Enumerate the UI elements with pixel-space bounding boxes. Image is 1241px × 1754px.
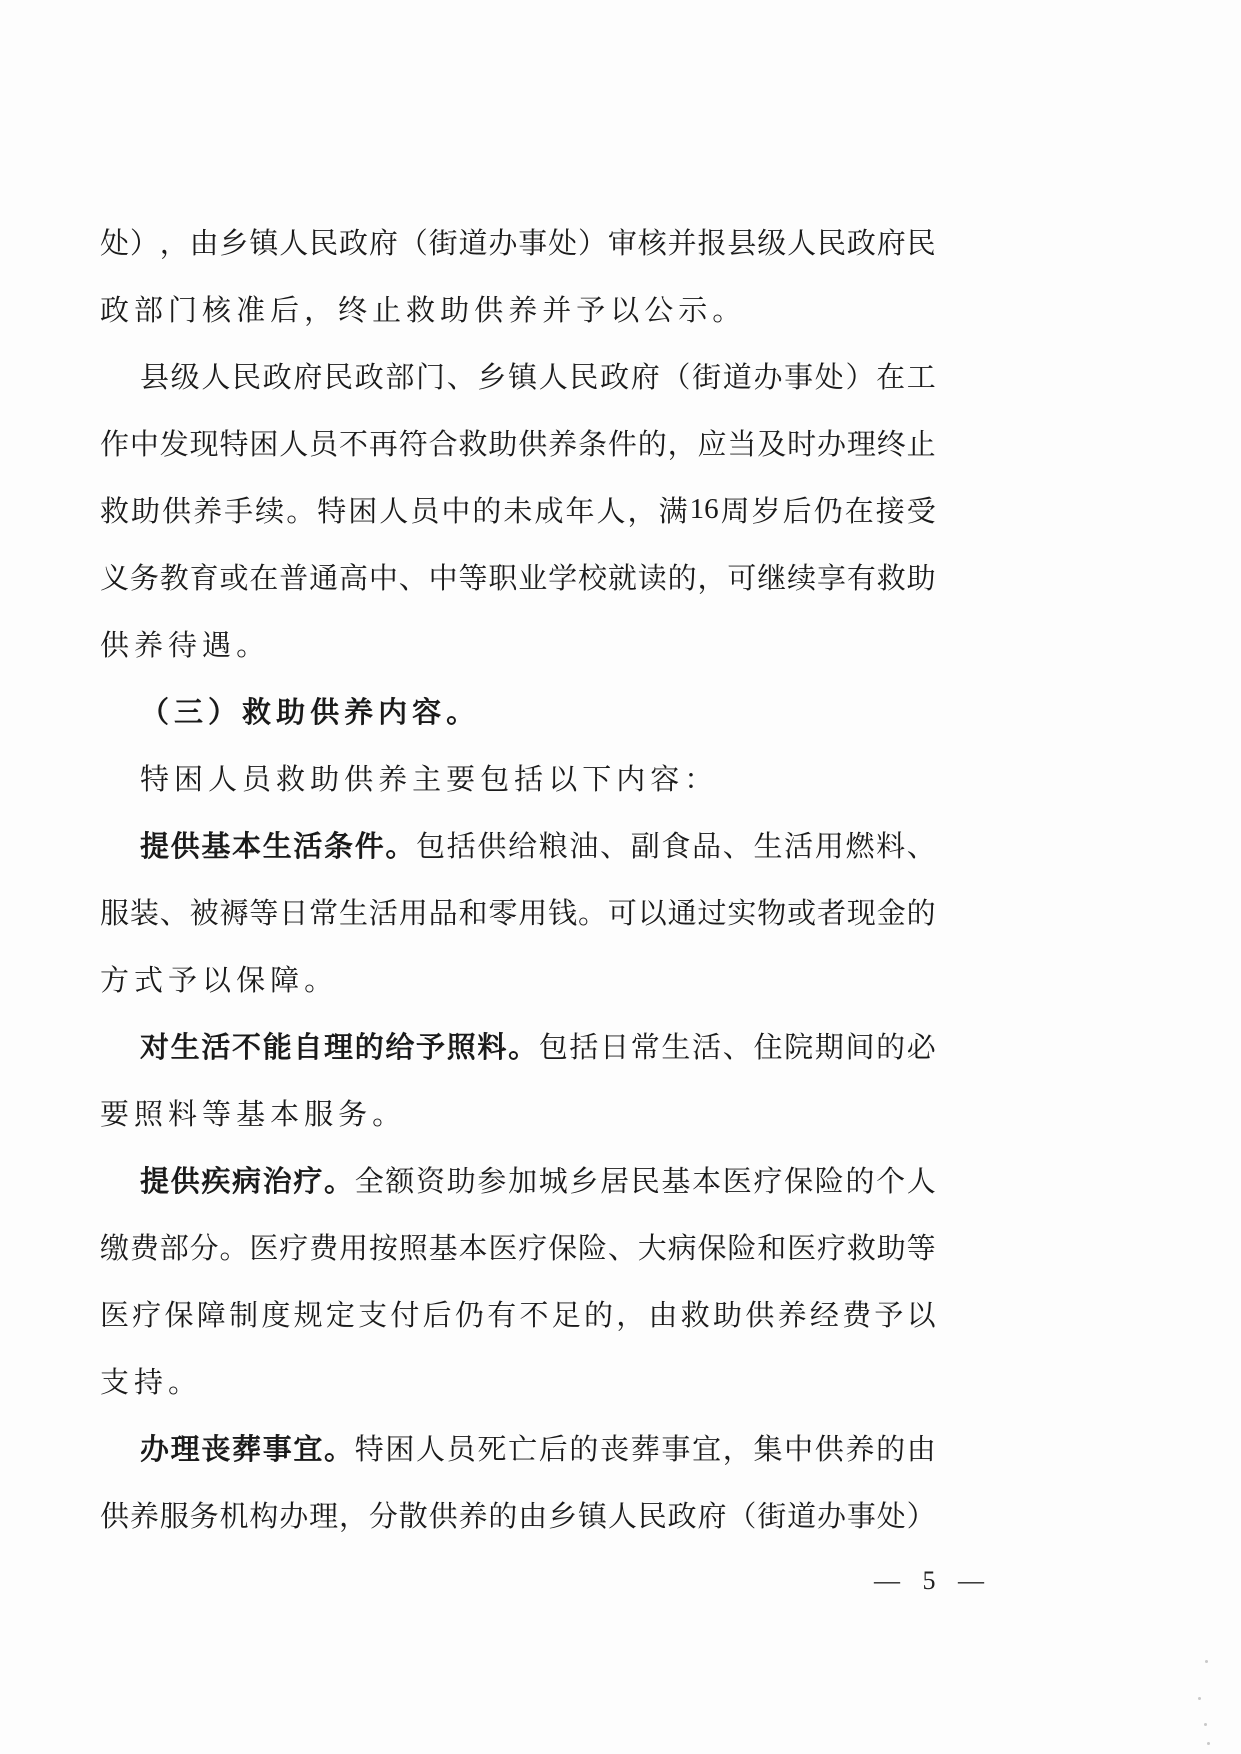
glyph: 等 xyxy=(907,1226,936,1267)
glyph: 后 xyxy=(270,288,299,329)
glyph: 基 xyxy=(201,824,230,865)
glyph: 条 xyxy=(324,824,353,865)
glyph: 普 xyxy=(279,556,308,597)
glyph: 供 xyxy=(344,757,373,798)
glyph: 额 xyxy=(385,1159,414,1200)
glyph: 疗 xyxy=(518,1226,547,1267)
glyph: 民 xyxy=(907,221,936,262)
text-line: 办理丧葬事宜。特困人员死亡后的丧葬事宜，集中供养的由 xyxy=(100,1414,936,1481)
glyph: 式 xyxy=(134,958,163,999)
glyph: 业 xyxy=(518,556,547,597)
glyph: 准 xyxy=(236,288,265,329)
glyph: 宜 xyxy=(692,1427,721,1468)
glyph: 通 xyxy=(309,556,338,597)
glyph: 生 xyxy=(263,824,292,865)
text-line: 缴费部分。医疗费用按照基本医疗保险、大病保险和医疗救助等 xyxy=(100,1213,936,1280)
glyph: 参 xyxy=(477,1159,506,1200)
glyph: 丧 xyxy=(600,1427,629,1468)
text-line: 支持。 xyxy=(100,1347,936,1414)
glyph: 政 xyxy=(847,221,876,262)
glyph: 养 xyxy=(193,489,222,530)
glyph: 本 xyxy=(692,1159,721,1200)
glyph: 构 xyxy=(249,1494,278,1535)
glyph: 等 xyxy=(202,1092,231,1133)
glyph: ： xyxy=(684,757,713,798)
glyph: ） xyxy=(130,221,159,262)
glyph: 。 xyxy=(372,1092,401,1133)
glyph: 服 xyxy=(304,1092,333,1133)
glyph: 满 xyxy=(659,489,688,530)
glyph: 日 xyxy=(600,1025,629,1066)
glyph: 物 xyxy=(757,891,786,932)
glyph: 高 xyxy=(339,556,368,597)
glyph: 本 xyxy=(459,1226,488,1267)
glyph: 。 xyxy=(508,1025,537,1066)
glyph: 门 xyxy=(416,355,445,396)
glyph: 品 xyxy=(429,891,458,932)
glyph: 。 xyxy=(236,623,265,664)
glyph: 养 xyxy=(508,288,537,329)
glyph: 有 xyxy=(847,556,876,597)
glyph: 零 xyxy=(488,891,517,932)
glyph: 办 xyxy=(140,1427,169,1468)
glyph: 不 xyxy=(232,1025,261,1066)
glyph: 府 xyxy=(293,355,322,396)
glyph: （ xyxy=(727,1494,756,1535)
text-line: 县级人民政府民政部门、乡镇人民政府（街道办事处）在工 xyxy=(100,342,936,409)
glyph: 照 xyxy=(134,1092,163,1133)
glyph: 、 xyxy=(160,891,189,932)
glyph: 政 xyxy=(100,288,129,329)
glyph: ， xyxy=(616,1293,645,1334)
glyph: ） xyxy=(845,355,874,396)
glyph: 生 xyxy=(171,1025,200,1066)
glyph: 。 xyxy=(578,891,607,932)
glyph: 供 xyxy=(310,690,339,731)
glyph: 办 xyxy=(817,422,846,463)
glyph: 给 xyxy=(508,824,537,865)
glyph: 供 xyxy=(745,1293,774,1334)
glyph: 理 xyxy=(171,1427,200,1468)
glyph: 民 xyxy=(309,221,338,262)
glyph: 未 xyxy=(503,489,532,530)
glyph: 困 xyxy=(348,489,377,530)
glyph: 活 xyxy=(293,824,322,865)
glyph: 要 xyxy=(100,1092,129,1133)
glyph: 救 xyxy=(406,288,435,329)
glyph: （ xyxy=(399,221,428,262)
glyph: 养 xyxy=(378,757,407,798)
glyph: 事 xyxy=(847,1494,876,1535)
glyph: （ xyxy=(140,690,169,731)
glyph: 府 xyxy=(631,355,660,396)
glyph: 障 xyxy=(197,1293,226,1334)
glyph: 示 xyxy=(678,288,707,329)
glyph: 周 xyxy=(721,489,750,530)
glyph: 由 xyxy=(518,1494,547,1535)
glyph: 的 xyxy=(668,556,697,597)
glyph: 宜 xyxy=(293,1427,322,1468)
glyph: 务 xyxy=(190,1494,219,1535)
glyph: 院 xyxy=(784,1025,813,1066)
glyph: 亡 xyxy=(508,1427,537,1468)
glyph: 。 xyxy=(712,288,741,329)
glyph: 人 xyxy=(379,489,408,530)
glyph: 部 xyxy=(160,1226,189,1267)
glyph: 、 xyxy=(600,824,629,865)
glyph: 供 xyxy=(162,489,191,530)
glyph: 职 xyxy=(488,556,517,597)
glyph: 间 xyxy=(845,1025,874,1066)
glyph: ） xyxy=(907,1494,936,1535)
scan-noise-speck xyxy=(1205,1660,1208,1663)
glyph: 常 xyxy=(309,891,338,932)
glyph: 特 xyxy=(220,422,249,463)
glyph: 的 xyxy=(638,422,667,463)
glyph: 。 xyxy=(324,1159,353,1200)
text-line: 方式予以保障。 xyxy=(100,945,936,1012)
glyph: 的 xyxy=(488,1494,517,1535)
glyph: 并 xyxy=(668,221,697,262)
glyph: 医 xyxy=(488,1226,517,1267)
glyph: 疗 xyxy=(279,1226,308,1267)
glyph: 险 xyxy=(578,1226,607,1267)
glyph: 政 xyxy=(600,355,629,396)
glyph: 的 xyxy=(876,1427,905,1468)
glyph: 下 xyxy=(582,757,611,798)
glyph: 持 xyxy=(134,1360,163,1401)
glyph: 定 xyxy=(326,1293,355,1334)
glyph: ， xyxy=(160,221,189,262)
glyph: 人 xyxy=(597,489,626,530)
glyph: 在 xyxy=(845,489,874,530)
glyph: 、 xyxy=(608,1226,637,1267)
glyph: 度 xyxy=(261,1293,290,1334)
glyph: 以 xyxy=(202,958,231,999)
glyph: 救 xyxy=(877,556,906,597)
glyph: 常 xyxy=(631,1025,660,1066)
glyph: 料 xyxy=(876,824,905,865)
glyph: 包 xyxy=(539,1025,568,1066)
glyph: 治 xyxy=(263,1159,292,1200)
glyph: 继 xyxy=(757,556,786,597)
glyph: 日 xyxy=(279,891,308,932)
glyph: 括 xyxy=(569,1025,598,1066)
glyph: 理 xyxy=(309,1494,338,1535)
glyph: 基 xyxy=(429,1226,458,1267)
glyph: 制 xyxy=(229,1293,258,1334)
glyph: 员 xyxy=(410,489,439,530)
glyph: 保 xyxy=(236,958,265,999)
glyph: 乡 xyxy=(220,221,249,262)
glyph: 散 xyxy=(399,1494,428,1535)
glyph: 公 xyxy=(644,288,673,329)
glyph: 供 xyxy=(100,623,129,664)
glyph: 或 xyxy=(787,891,816,932)
glyph: ， xyxy=(723,1427,752,1468)
glyph: 和 xyxy=(459,891,488,932)
glyph: 医 xyxy=(100,1293,129,1334)
glyph: 分 xyxy=(369,1494,398,1535)
glyph: 合 xyxy=(429,422,458,463)
glyph: 或 xyxy=(220,556,249,597)
glyph: 人 xyxy=(416,1427,445,1468)
glyph: 活 xyxy=(201,1025,230,1066)
glyph: 养 xyxy=(459,1494,488,1535)
glyph: 费 xyxy=(130,1226,159,1267)
glyph: 生 xyxy=(661,1025,690,1066)
glyph: 。 xyxy=(220,1226,249,1267)
glyph: 育 xyxy=(190,556,219,597)
glyph: 符 xyxy=(399,422,428,463)
glyph: 乡 xyxy=(548,1494,577,1535)
glyph: 政 xyxy=(339,221,368,262)
glyph: 民 xyxy=(638,1494,667,1535)
glyph: 续 xyxy=(255,489,284,530)
glyph: 享 xyxy=(817,556,846,597)
glyph: 人 xyxy=(787,221,816,262)
glyph: 料 xyxy=(477,1025,506,1066)
glyph: 工 xyxy=(907,355,936,396)
glyph: ， xyxy=(304,288,333,329)
glyph: 特 xyxy=(317,489,346,530)
glyph: 用 xyxy=(399,891,428,932)
glyph: 。 xyxy=(385,824,414,865)
glyph: 全 xyxy=(355,1159,384,1200)
glyph: 用 xyxy=(815,824,844,865)
glyph: 理 xyxy=(847,422,876,463)
glyph: 的 xyxy=(584,1293,613,1334)
glyph: 件 xyxy=(608,422,637,463)
glyph: 足 xyxy=(552,1293,581,1334)
glyph: 品 xyxy=(692,824,721,865)
glyph: ） xyxy=(578,221,607,262)
glyph: 等 xyxy=(249,891,278,932)
glyph: 终 xyxy=(338,288,367,329)
glyph: 府 xyxy=(698,1494,727,1535)
glyph: 人 xyxy=(907,1159,936,1200)
glyph: 民 xyxy=(817,221,846,262)
glyph: 仍 xyxy=(814,489,843,530)
glyph: 供 xyxy=(518,422,547,463)
glyph: 接 xyxy=(876,489,905,530)
glyph: 用 xyxy=(518,891,547,932)
glyph: 助 xyxy=(447,1159,476,1200)
glyph: 员 xyxy=(309,422,338,463)
glyph: 现 xyxy=(190,422,219,463)
glyph: 发 xyxy=(160,422,189,463)
glyph: 保 xyxy=(698,1226,727,1267)
glyph: 费 xyxy=(309,1226,338,1267)
glyph: 养 xyxy=(344,690,373,731)
glyph: 止 xyxy=(372,288,401,329)
glyph: 的 xyxy=(845,1159,874,1200)
glyph: 员 xyxy=(447,1427,476,1468)
glyph: 医 xyxy=(249,1226,278,1267)
glyph: 服 xyxy=(160,1494,189,1535)
glyph: 镇 xyxy=(508,355,537,396)
glyph: 县 xyxy=(140,355,169,396)
glyph: 资 xyxy=(416,1159,445,1200)
glyph: 民 xyxy=(569,355,598,396)
glyph: （ xyxy=(661,355,690,396)
glyph: 居 xyxy=(600,1159,629,1200)
glyph: 成 xyxy=(534,489,563,530)
glyph: 提 xyxy=(140,1159,169,1200)
glyph: 务 xyxy=(338,1092,367,1133)
glyph: 助 xyxy=(276,690,305,731)
glyph: 个 xyxy=(876,1159,905,1200)
glyph: 病 xyxy=(668,1226,697,1267)
glyph: 保 xyxy=(784,1159,813,1200)
scan-noise-speck xyxy=(1207,1742,1210,1745)
glyph: 读 xyxy=(638,556,667,597)
glyph: 街 xyxy=(429,221,458,262)
glyph: 予 xyxy=(874,1293,903,1334)
glyph: 道 xyxy=(787,1494,816,1535)
glyph: 供 xyxy=(171,1159,200,1200)
glyph: ， xyxy=(339,1494,368,1535)
glyph: 校 xyxy=(578,556,607,597)
glyph: 府 xyxy=(369,221,398,262)
glyph: 活 xyxy=(369,891,398,932)
glyph: 供 xyxy=(474,288,503,329)
text-line: 特困人员救助供养主要包括以下内容： xyxy=(100,744,936,811)
text-line: 作中发现特困人员不再符合救助供养条件的，应当及时办理终止 xyxy=(100,409,936,476)
glyph: 助 xyxy=(907,556,936,597)
glyph: 由 xyxy=(907,1427,936,1468)
glyph: 照 xyxy=(399,1226,428,1267)
glyph: 乡 xyxy=(569,1159,598,1200)
glyph: 活 xyxy=(692,1025,721,1066)
glyph: 审 xyxy=(608,221,637,262)
glyph: 理 xyxy=(324,1025,353,1066)
page-number: — 5 — xyxy=(874,1566,984,1596)
glyph: 给 xyxy=(385,1025,414,1066)
glyph: 要 xyxy=(446,757,475,798)
glyph: 予 xyxy=(168,958,197,999)
glyph: 并 xyxy=(542,288,571,329)
document-page: 处），由乡镇人民政府（街道办事处）审核并报县级人民政府民政部门核准后，终止救助供… xyxy=(0,0,1241,1754)
glyph: 待 xyxy=(168,623,197,664)
glyph: 16 xyxy=(690,493,719,526)
glyph: 府 xyxy=(877,221,906,262)
glyph: 活 xyxy=(784,824,813,865)
glyph: 能 xyxy=(263,1025,292,1066)
glyph: 年 xyxy=(565,489,594,530)
glyph: 者 xyxy=(817,891,846,932)
glyph: 部 xyxy=(385,355,414,396)
glyph: 葬 xyxy=(232,1427,261,1468)
glyph: 处 xyxy=(815,355,844,396)
glyph: 县 xyxy=(727,221,756,262)
text-line: 医疗保障制度规定支付后仍有不足的，由救助供养经费予以 xyxy=(100,1280,936,1347)
glyph: 规 xyxy=(294,1293,323,1334)
glyph: 予 xyxy=(576,288,605,329)
text-line: 处），由乡镇人民政府（街道办事处）审核并报县级人民政府民 xyxy=(100,208,936,275)
glyph: 主 xyxy=(412,757,441,798)
glyph: 支 xyxy=(358,1293,387,1334)
glyph: 民 xyxy=(232,355,261,396)
glyph: 本 xyxy=(232,824,261,865)
glyph: 后 xyxy=(423,1293,452,1334)
glyph: ， xyxy=(698,556,727,597)
glyph: 、 xyxy=(907,824,936,865)
glyph: 遇 xyxy=(202,623,231,664)
glyph: 费 xyxy=(842,1293,871,1334)
glyph: 大 xyxy=(638,1226,667,1267)
glyph: 用 xyxy=(339,1226,368,1267)
glyph: 疗 xyxy=(293,1159,322,1200)
glyph: 养 xyxy=(845,1427,874,1468)
glyph: 在 xyxy=(249,556,278,597)
glyph: 被 xyxy=(190,891,219,932)
glyph: 困 xyxy=(385,1427,414,1468)
glyph: 按 xyxy=(369,1226,398,1267)
glyph: 时 xyxy=(787,422,816,463)
glyph: 分 xyxy=(190,1226,219,1267)
glyph: 。 xyxy=(286,489,315,530)
glyph: 病 xyxy=(232,1159,261,1200)
glyph: 疾 xyxy=(201,1159,230,1200)
glyph: 中 xyxy=(130,422,159,463)
glyph: 的 xyxy=(569,1427,598,1468)
glyph: ， xyxy=(628,489,657,530)
glyph: 办 xyxy=(488,221,517,262)
glyph: 、 xyxy=(447,355,476,396)
glyph: 和 xyxy=(757,1226,786,1267)
glyph: 以 xyxy=(638,891,667,932)
glyph: 城 xyxy=(539,1159,568,1200)
glyph: 门 xyxy=(168,288,197,329)
glyph: 医 xyxy=(787,1226,816,1267)
glyph: 。 xyxy=(324,1427,353,1468)
glyph: 以 xyxy=(548,757,577,798)
glyph: 金 xyxy=(877,891,906,932)
glyph: 困 xyxy=(174,757,203,798)
glyph: 对 xyxy=(140,1025,169,1066)
text-line: （三）救助供养内容。 xyxy=(100,677,936,744)
glyph: 死 xyxy=(477,1427,506,1468)
glyph: 现 xyxy=(847,891,876,932)
glyph: 照 xyxy=(447,1025,476,1066)
glyph: 。 xyxy=(446,690,475,731)
text-line: 义务教育或在普通高中、中等职业学校就读的，可继续享有救助 xyxy=(100,543,936,610)
glyph: 括 xyxy=(447,824,476,865)
glyph: 终 xyxy=(877,422,906,463)
glyph: 办 xyxy=(279,1494,308,1535)
glyph: 以 xyxy=(907,1293,936,1334)
glyph: 政 xyxy=(263,355,292,396)
glyph: 处 xyxy=(877,1494,906,1535)
glyph: 以 xyxy=(610,288,639,329)
text-line: 供养服务机构办理，分散供养的由乡镇人民政府（街道办事处） xyxy=(100,1481,936,1548)
glyph: 办 xyxy=(753,355,782,396)
glyph: 养 xyxy=(548,422,577,463)
glyph: 街 xyxy=(692,355,721,396)
glyph: 险 xyxy=(815,1159,844,1200)
glyph: 期 xyxy=(815,1025,844,1066)
text-line: 救助供养手续。特困人员中的未成年人，满16周岁后仍在接受 xyxy=(100,476,936,543)
glyph: 葬 xyxy=(631,1427,660,1468)
glyph: 及 xyxy=(757,422,786,463)
glyph: 助 xyxy=(877,1226,906,1267)
glyph: 中 xyxy=(369,556,398,597)
glyph: 乡 xyxy=(477,355,506,396)
glyph: 等 xyxy=(459,556,488,597)
glyph: 供 xyxy=(477,824,506,865)
glyph: 在 xyxy=(876,355,905,396)
